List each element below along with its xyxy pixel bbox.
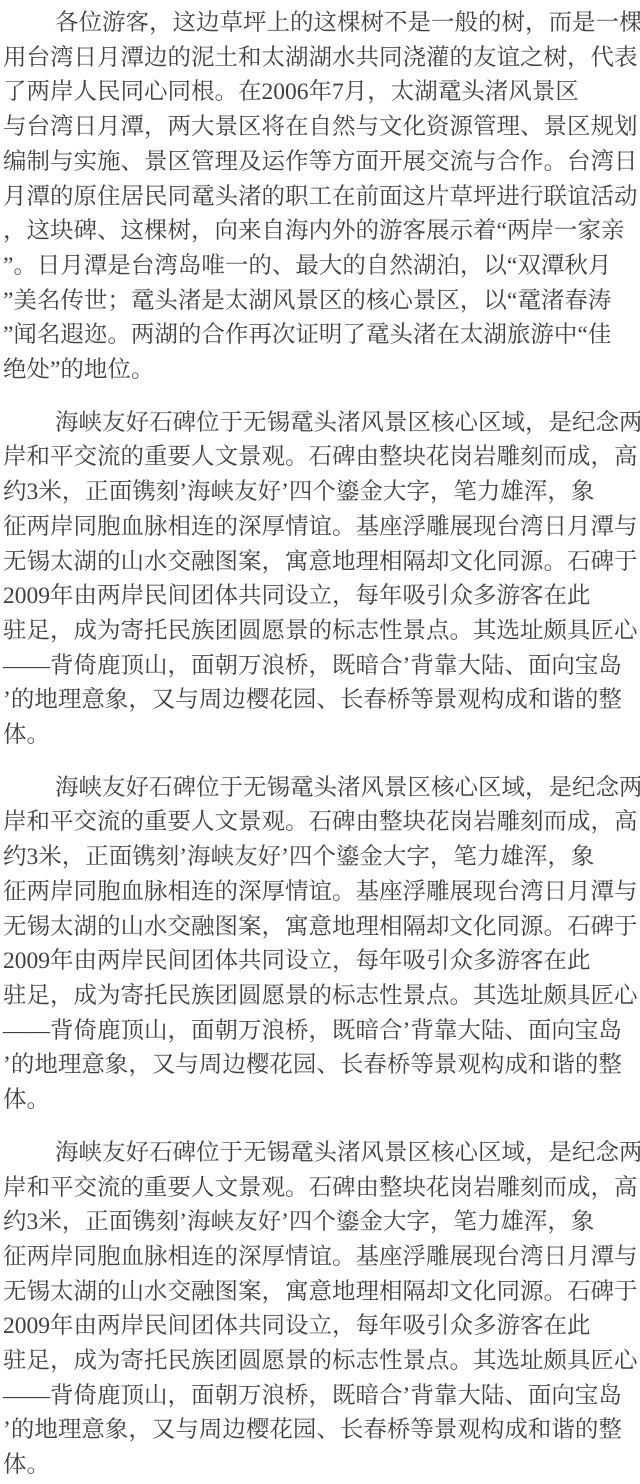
text-line: 岸和平交流的重要人文景观。石碑由整块花岗岩雕刻而成，高 [3, 1171, 638, 1206]
text-line: 驻足，成为寄托民族团圆愿景的标志性景点。其选址颇具匠心 [3, 1344, 638, 1379]
text-line: 绝处”的地位。 [3, 353, 638, 388]
text-line: 征两岸同胞血脉相连的深厚情谊。基座浮雕展现台湾日月潭与 [3, 875, 638, 910]
text-line: 无锡太湖的山水交融图案，寓意地理相隔却文化同源。石碑于 [3, 545, 638, 580]
text-line: 驻足，成为寄托民族团圆愿景的标志性景点。其选址颇具匠心 [3, 979, 638, 1014]
text-line: 岸和平交流的重要人文景观。石碑由整块花岗岩雕刻而成，高 [3, 805, 638, 840]
text-line: 约3米，正面镌刻’海峡友好’四个鎏金大字，笔力雄浑，象 [3, 1205, 638, 1240]
paragraph-friendship-tree-intro: 各位游客，这边草坪上的这棵树不是一般的树，而是一棵用台湾日月潭边的泥土和太湖湖水… [3, 6, 638, 388]
text-line: 2009年由两岸民间团体共同设立，每年吸引众多游客在此 [3, 1309, 638, 1344]
text-line: 岸和平交流的重要人文景观。石碑由整块花岗岩雕刻而成，高 [3, 440, 638, 475]
text-line: ——背倚鹿顶山，面朝万浪桥，既暗合’背靠大陆、面向宝岛 [3, 1379, 638, 1414]
text-line: 无锡太湖的山水交融图案，寓意地理相隔却文化同源。石碑于 [3, 910, 638, 945]
text-line: 征两岸同胞血脉相连的深厚情谊。基座浮雕展现台湾日月潭与 [3, 1240, 638, 1275]
text-line: ”美名传世；鼋头渚是太湖风景区的核心景区，以“鼋渚春涛 [3, 284, 638, 319]
text-line: 海峡友好石碑位于无锡鼋头渚风景区核心区域，是纪念两 [3, 1136, 638, 1171]
text-line: 海峡友好石碑位于无锡鼋头渚风景区核心区域，是纪念两 [3, 771, 638, 806]
text-line: ”。日月潭是台湾岛唯一的、最大的自然湖泊，以“双潭秋月 [3, 249, 638, 284]
text-line: 体。 [3, 1448, 638, 1483]
text-line: 编制与实施、景区管理及运作等方面开展交流与合作。台湾日 [3, 145, 638, 180]
text-line: 2009年由两岸民间团体共同设立，每年吸引众多游客在此 [3, 944, 638, 979]
text-line: 海峡友好石碑位于无锡鼋头渚风景区核心区域，是纪念两 [3, 406, 638, 441]
document-body: 各位游客，这边草坪上的这棵树不是一般的树，而是一棵用台湾日月潭边的泥土和太湖湖水… [3, 6, 638, 1483]
paragraph-haixia-stele-copy-3: 海峡友好石碑位于无锡鼋头渚风景区核心区域，是纪念两岸和平交流的重要人文景观。石碑… [3, 1136, 638, 1483]
text-line: 约3米，正面镌刻’海峡友好’四个鎏金大字，笔力雄浑，象 [3, 840, 638, 875]
text-line: 体。 [3, 718, 638, 753]
text-line: 各位游客，这边草坪上的这棵树不是一般的树，而是一棵 [3, 6, 638, 41]
text-line: ”闻名遐迩。两湖的合作再次证明了鼋头渚在太湖旅游中“佳 [3, 318, 638, 353]
text-line: 约3米，正面镌刻’海峡友好’四个鎏金大字，笔力雄浑，象 [3, 475, 638, 510]
text-line: 与台湾日月潭，两大景区将在自然与文化资源管理、景区规划 [3, 110, 638, 145]
text-line: 了两岸人民同心同根。在2006年7月，太湖鼋头渚风景区 [3, 75, 638, 110]
text-line: 2009年由两岸民间团体共同设立，每年吸引众多游客在此 [3, 579, 638, 614]
text-line: ——背倚鹿顶山，面朝万浪桥，既暗合’背靠大陆、面向宝岛 [3, 649, 638, 684]
text-line: ’的地理意象，又与周边樱花园、长春桥等景观构成和谐的整 [3, 1413, 638, 1448]
text-line: ’的地理意象，又与周边樱花园、长春桥等景观构成和谐的整 [3, 1048, 638, 1083]
paragraph-haixia-stele-copy-1: 海峡友好石碑位于无锡鼋头渚风景区核心区域，是纪念两岸和平交流的重要人文景观。石碑… [3, 406, 638, 753]
text-line: 月潭的原住居民同鼋头渚的职工在前面这片草坪进行联谊活动 [3, 180, 638, 215]
text-line: ，这块碑、这棵树，向来自海内外的游客展示着“两岸一家亲 [3, 214, 638, 249]
document-page: 各位游客，这边草坪上的这棵树不是一般的树，而是一棵用台湾日月潭边的泥土和太湖湖水… [0, 0, 640, 1483]
text-line: 征两岸同胞血脉相连的深厚情谊。基座浮雕展现台湾日月潭与 [3, 510, 638, 545]
paragraph-haixia-stele-copy-2: 海峡友好石碑位于无锡鼋头渚风景区核心区域，是纪念两岸和平交流的重要人文景观。石碑… [3, 771, 638, 1118]
text-line: 无锡太湖的山水交融图案，寓意地理相隔却文化同源。石碑于 [3, 1275, 638, 1310]
text-line: ——背倚鹿顶山，面朝万浪桥，既暗合’背靠大陆、面向宝岛 [3, 1014, 638, 1049]
text-line: 用台湾日月潭边的泥土和太湖湖水共同浇灌的友谊之树，代表 [3, 41, 638, 76]
text-line: 驻足，成为寄托民族团圆愿景的标志性景点。其选址颇具匠心 [3, 614, 638, 649]
text-line: ’的地理意象，又与周边樱花园、长春桥等景观构成和谐的整 [3, 683, 638, 718]
text-line: 体。 [3, 1083, 638, 1118]
